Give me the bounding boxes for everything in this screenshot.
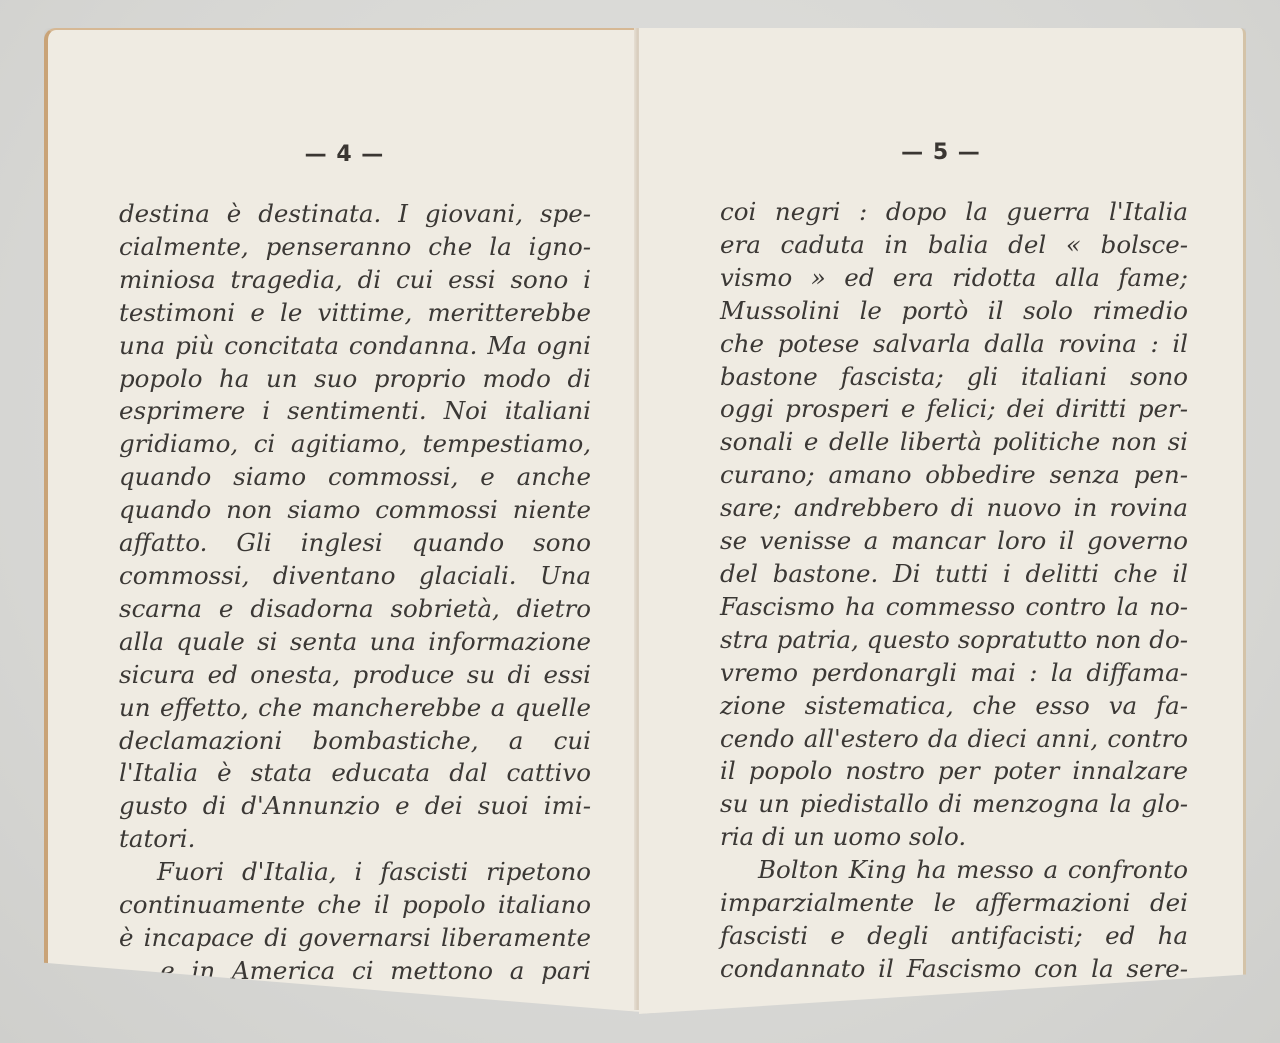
text-line: cendo all'estero da dieci anni, contro <box>720 723 1188 756</box>
text-line: affatto. Gli inglesi quando sono <box>119 527 591 560</box>
text-line: scarna e disadorna sobrietà, dietro <box>119 593 591 626</box>
text-line: era caduta in balia del « bolsce- <box>720 229 1188 262</box>
text-line: tatori. <box>119 823 591 856</box>
page-number-left: — 4 — <box>48 142 641 167</box>
text-line: miniosa tragedia, di cui essi sono i <box>119 264 591 297</box>
text-line: sicura ed onesta, produce su di essi <box>119 659 591 692</box>
text-line: vremo perdonargli mai : la diffama- <box>720 657 1188 690</box>
text-line: quando siamo commossi, e anche <box>119 461 591 494</box>
text-line: che potese salvarla dalla rovina : il <box>720 328 1188 361</box>
text-line: è incapace di governarsi liberamente <box>119 922 591 955</box>
text-line: commossi, diventano glaciali. Una <box>119 560 591 593</box>
text-line: esprimere i sentimenti. Noi italiani <box>119 395 591 428</box>
text-line: Fascismo ha commesso contro la no- <box>720 591 1188 624</box>
text-line: continuamente che il popolo italiano <box>119 889 591 922</box>
text-line: stra patria, questo sopratutto non do- <box>720 624 1188 657</box>
text-line: sare; andrebbero di nuovo in rovina <box>720 492 1188 525</box>
text-line: Bolton King ha messo a confronto <box>720 854 1188 887</box>
right-page: — 5 — coi negri : dopo la guerra l'Itali… <box>639 28 1246 1014</box>
text-line: imparzialmente le affermazioni dei <box>720 887 1188 920</box>
text-line: oggi prosperi e felici; dei diritti per- <box>720 393 1188 426</box>
text-line: ria di un uomo solo. <box>720 821 1188 854</box>
text-line: bastone fascista; gli italiani sono <box>720 361 1188 394</box>
left-page-body: destina è destinata. I giovani, spe- cia… <box>119 198 591 988</box>
text-line: curano; amano obbedire senza pen- <box>720 459 1188 492</box>
page-number-right: — 5 — <box>639 140 1243 165</box>
text-line: se venisse a mancar loro il governo <box>720 525 1188 558</box>
text-line: popolo ha un suo proprio modo di <box>119 363 591 396</box>
text-line: Mussolini le portò il solo rimedio <box>720 295 1188 328</box>
text-line: gridiamo, ci agitiamo, tempestiamo, <box>119 428 591 461</box>
text-line: un effetto, che mancherebbe a quelle <box>119 692 591 725</box>
text-line: il popolo nostro per poter innalzare <box>720 755 1188 788</box>
right-page-body: coi negri : dopo la guerra l'Italia era … <box>720 196 1188 986</box>
text-line: su un piedistallo di menzogna la glo- <box>720 788 1188 821</box>
text-line: coi negri : dopo la guerra l'Italia <box>720 196 1188 229</box>
text-line: alla quale si senta una informazione <box>119 626 591 659</box>
text-line: del bastone. Di tutti i delitti che il <box>720 558 1188 591</box>
text-line: quando non siamo commossi niente <box>119 494 591 527</box>
text-line: zione sistematica, che esso va fa- <box>720 690 1188 723</box>
text-line: cialmente, penseranno che la igno- <box>119 231 591 264</box>
text-line: sonali e delle libertà politiche non si <box>720 426 1188 459</box>
left-page: — 4 — destina è destinata. I giovani, sp… <box>44 28 641 1012</box>
text-line: testimoni e le vittime, meritterebbe <box>119 297 591 330</box>
text-line: declamazioni bombastiche, a cui <box>119 725 591 758</box>
text-line: Fuori d'Italia, i fascisti ripetono <box>119 856 591 889</box>
text-line: vismo » ed era ridotta alla fame; <box>720 262 1188 295</box>
text-line: gusto di d'Annunzio e dei suoi imi- <box>119 790 591 823</box>
text-line: fascisti e degli antifacisti; ed ha <box>720 920 1188 953</box>
text-line: una più concitata condanna. Ma ogni <box>119 330 591 363</box>
text-line: destina è destinata. I giovani, spe- <box>119 198 591 231</box>
text-line: condannato il Fascismo con la sere- <box>720 953 1188 986</box>
text-line: l'Italia è stata educata dal cattivo <box>119 757 591 790</box>
